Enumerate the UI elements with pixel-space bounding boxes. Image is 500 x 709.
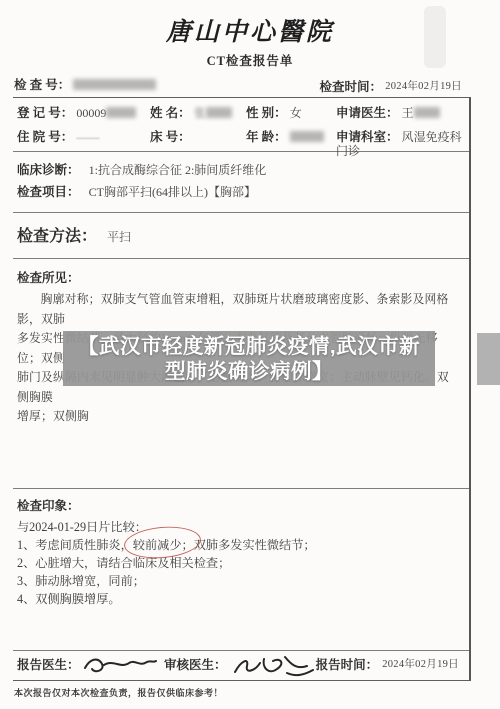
exam-item-line: 检查项目： CT胸部平扫(64排以上)【胸部】 <box>17 182 469 204</box>
ct-report-page: 唐山中心醫院 CT检查报告单 检 查 号： 检查时间： 2024年02月19日 … <box>0 0 500 709</box>
exam-no-label: 检 查 号： <box>14 78 70 92</box>
impression-item-4: 4、双侧胸膜增厚。 <box>17 590 469 608</box>
watermark-line-2: 型肺炎确诊病例】 <box>165 359 333 384</box>
exam-no-redacted-value <box>73 79 156 90</box>
exam-time-label: 检查时间： <box>320 80 383 94</box>
reg-no-redacted <box>106 107 136 118</box>
request-doctor-label: 申请医生： <box>336 106 399 120</box>
reg-no-value: 00009 <box>76 106 106 120</box>
disclaimer-text: 本次报告仅对本次检查负责，报告仅供临床参考！ <box>14 686 223 699</box>
name-label: 姓 名： <box>150 106 191 120</box>
sex-value: 女 <box>290 106 302 120</box>
impression-compare-line: 与2024-01-29日片比较： <box>17 518 469 536</box>
review-doctor-label: 审核医生： <box>164 651 227 679</box>
age-label: 年 龄： <box>246 130 287 144</box>
report-doctor-signature-image <box>79 652 159 683</box>
impression-item-2: 2、心脏增大，请结合临床及相关检查； <box>17 554 469 572</box>
request-doctor-redacted <box>414 107 440 118</box>
signoff-row: 报告医生： 审核医生： 报告时间： 2024年02月19日 <box>17 651 465 679</box>
report-title: CT检查报告单 <box>0 51 500 69</box>
findings-line: 胸廓对称；双肺支气管血管束增粗，双肺斑片状磨玻璃密度影、条索影及网格影，双肺 <box>17 290 459 329</box>
sex-label: 性 别： <box>246 106 287 120</box>
age-redacted <box>290 131 324 142</box>
inpatient-no-label: 住 院 号： <box>17 130 73 144</box>
clinical-diagnosis-label: 临床诊断： <box>17 163 80 177</box>
watermark-line-1: 【武汉市轻度新冠肺炎疫情,武汉市新 <box>78 334 420 359</box>
impression-item-1-circled-text: 较前减少； <box>133 538 194 552</box>
review-doctor-signature-image <box>227 652 317 684</box>
impression-item-1: 1、考虑间质性肺炎，较前减少；双肺多发实性微结节； <box>17 536 469 554</box>
findings-label: 检查所见： <box>17 268 469 286</box>
report-time-label: 报告时间： <box>316 658 379 672</box>
watermark-overlay: 【武汉市轻度新冠肺炎疫情,武汉市新 型肺炎确诊病例】 <box>63 331 435 386</box>
impression-label: 检查印象： <box>17 496 469 514</box>
method-section: 检查方法： 平扫 <box>13 213 469 259</box>
clinical-diagnosis-line: 临床诊断： 1:抗合成酶综合征 2:肺间质纤维化 <box>17 160 469 182</box>
patient-row-2: 住 院 号： —— 床 号： 年 龄： 申请科室： 风湿免疫科门诊 <box>17 130 469 149</box>
inpatient-no-value: —— <box>76 130 98 144</box>
impression-item-3: 3、肺动脉增宽，同前； <box>17 572 469 590</box>
exam-header-row: 检 查 号： 检查时间： 2024年02月19日 <box>14 75 470 93</box>
clinical-diagnosis-value: 1:抗合成酶综合征 2:肺间质纤维化 <box>89 163 267 177</box>
reg-no-label: 登 记 号： <box>17 106 73 120</box>
patient-row-1: 登 记 号： 00009 姓 名： 张 性 别： 女 申请医生： 王 <box>17 106 469 125</box>
method-value: 平扫 <box>107 230 131 244</box>
request-doctor-value: 王 <box>402 106 414 120</box>
report-table-frame: 登 记 号： 00009 姓 名： 张 性 别： 女 申请医生： 王 <box>13 97 471 681</box>
hospital-name: 唐山中心醫院 <box>0 12 500 48</box>
impression-section: 检查印象： 与2024-01-29日片比较： 1、考虑间质性肺炎，较前减少；双肺… <box>13 489 469 651</box>
report-time-value: 2024年02月19日 <box>382 659 459 670</box>
impression-item-1-prefix: 1、考虑间质性肺炎， <box>17 538 133 552</box>
bed-no-label: 床 号： <box>150 130 191 144</box>
exam-item-label: 检查项目： <box>17 185 80 199</box>
patient-info-section: 登 记 号： 00009 姓 名： 张 性 别： 女 申请医生： 王 <box>13 98 469 152</box>
impression-item-1-suffix: 双肺多发实性微结节； <box>194 538 316 552</box>
report-doctor-label: 报告医生： <box>17 658 80 672</box>
name-redacted <box>206 107 232 118</box>
name-value: 张 <box>194 106 206 120</box>
exam-time-value: 2024年02月19日 <box>385 81 462 92</box>
watermark-edge-patch <box>477 333 500 385</box>
request-dept-label: 申请科室： <box>336 130 399 144</box>
method-label: 检查方法： <box>17 228 97 245</box>
exam-item-value: CT胸部平扫(64排以上)【胸部】 <box>89 185 256 199</box>
findings-line: 增厚；双侧胸 <box>17 407 459 427</box>
signoff-section: 报告医生： 审核医生： 报告时间： 2024年02月19日 <box>13 651 469 680</box>
clinical-section: 临床诊断： 1:抗合成酶综合征 2:肺间质纤维化 检查项目： CT胸部平扫(64… <box>13 152 469 213</box>
